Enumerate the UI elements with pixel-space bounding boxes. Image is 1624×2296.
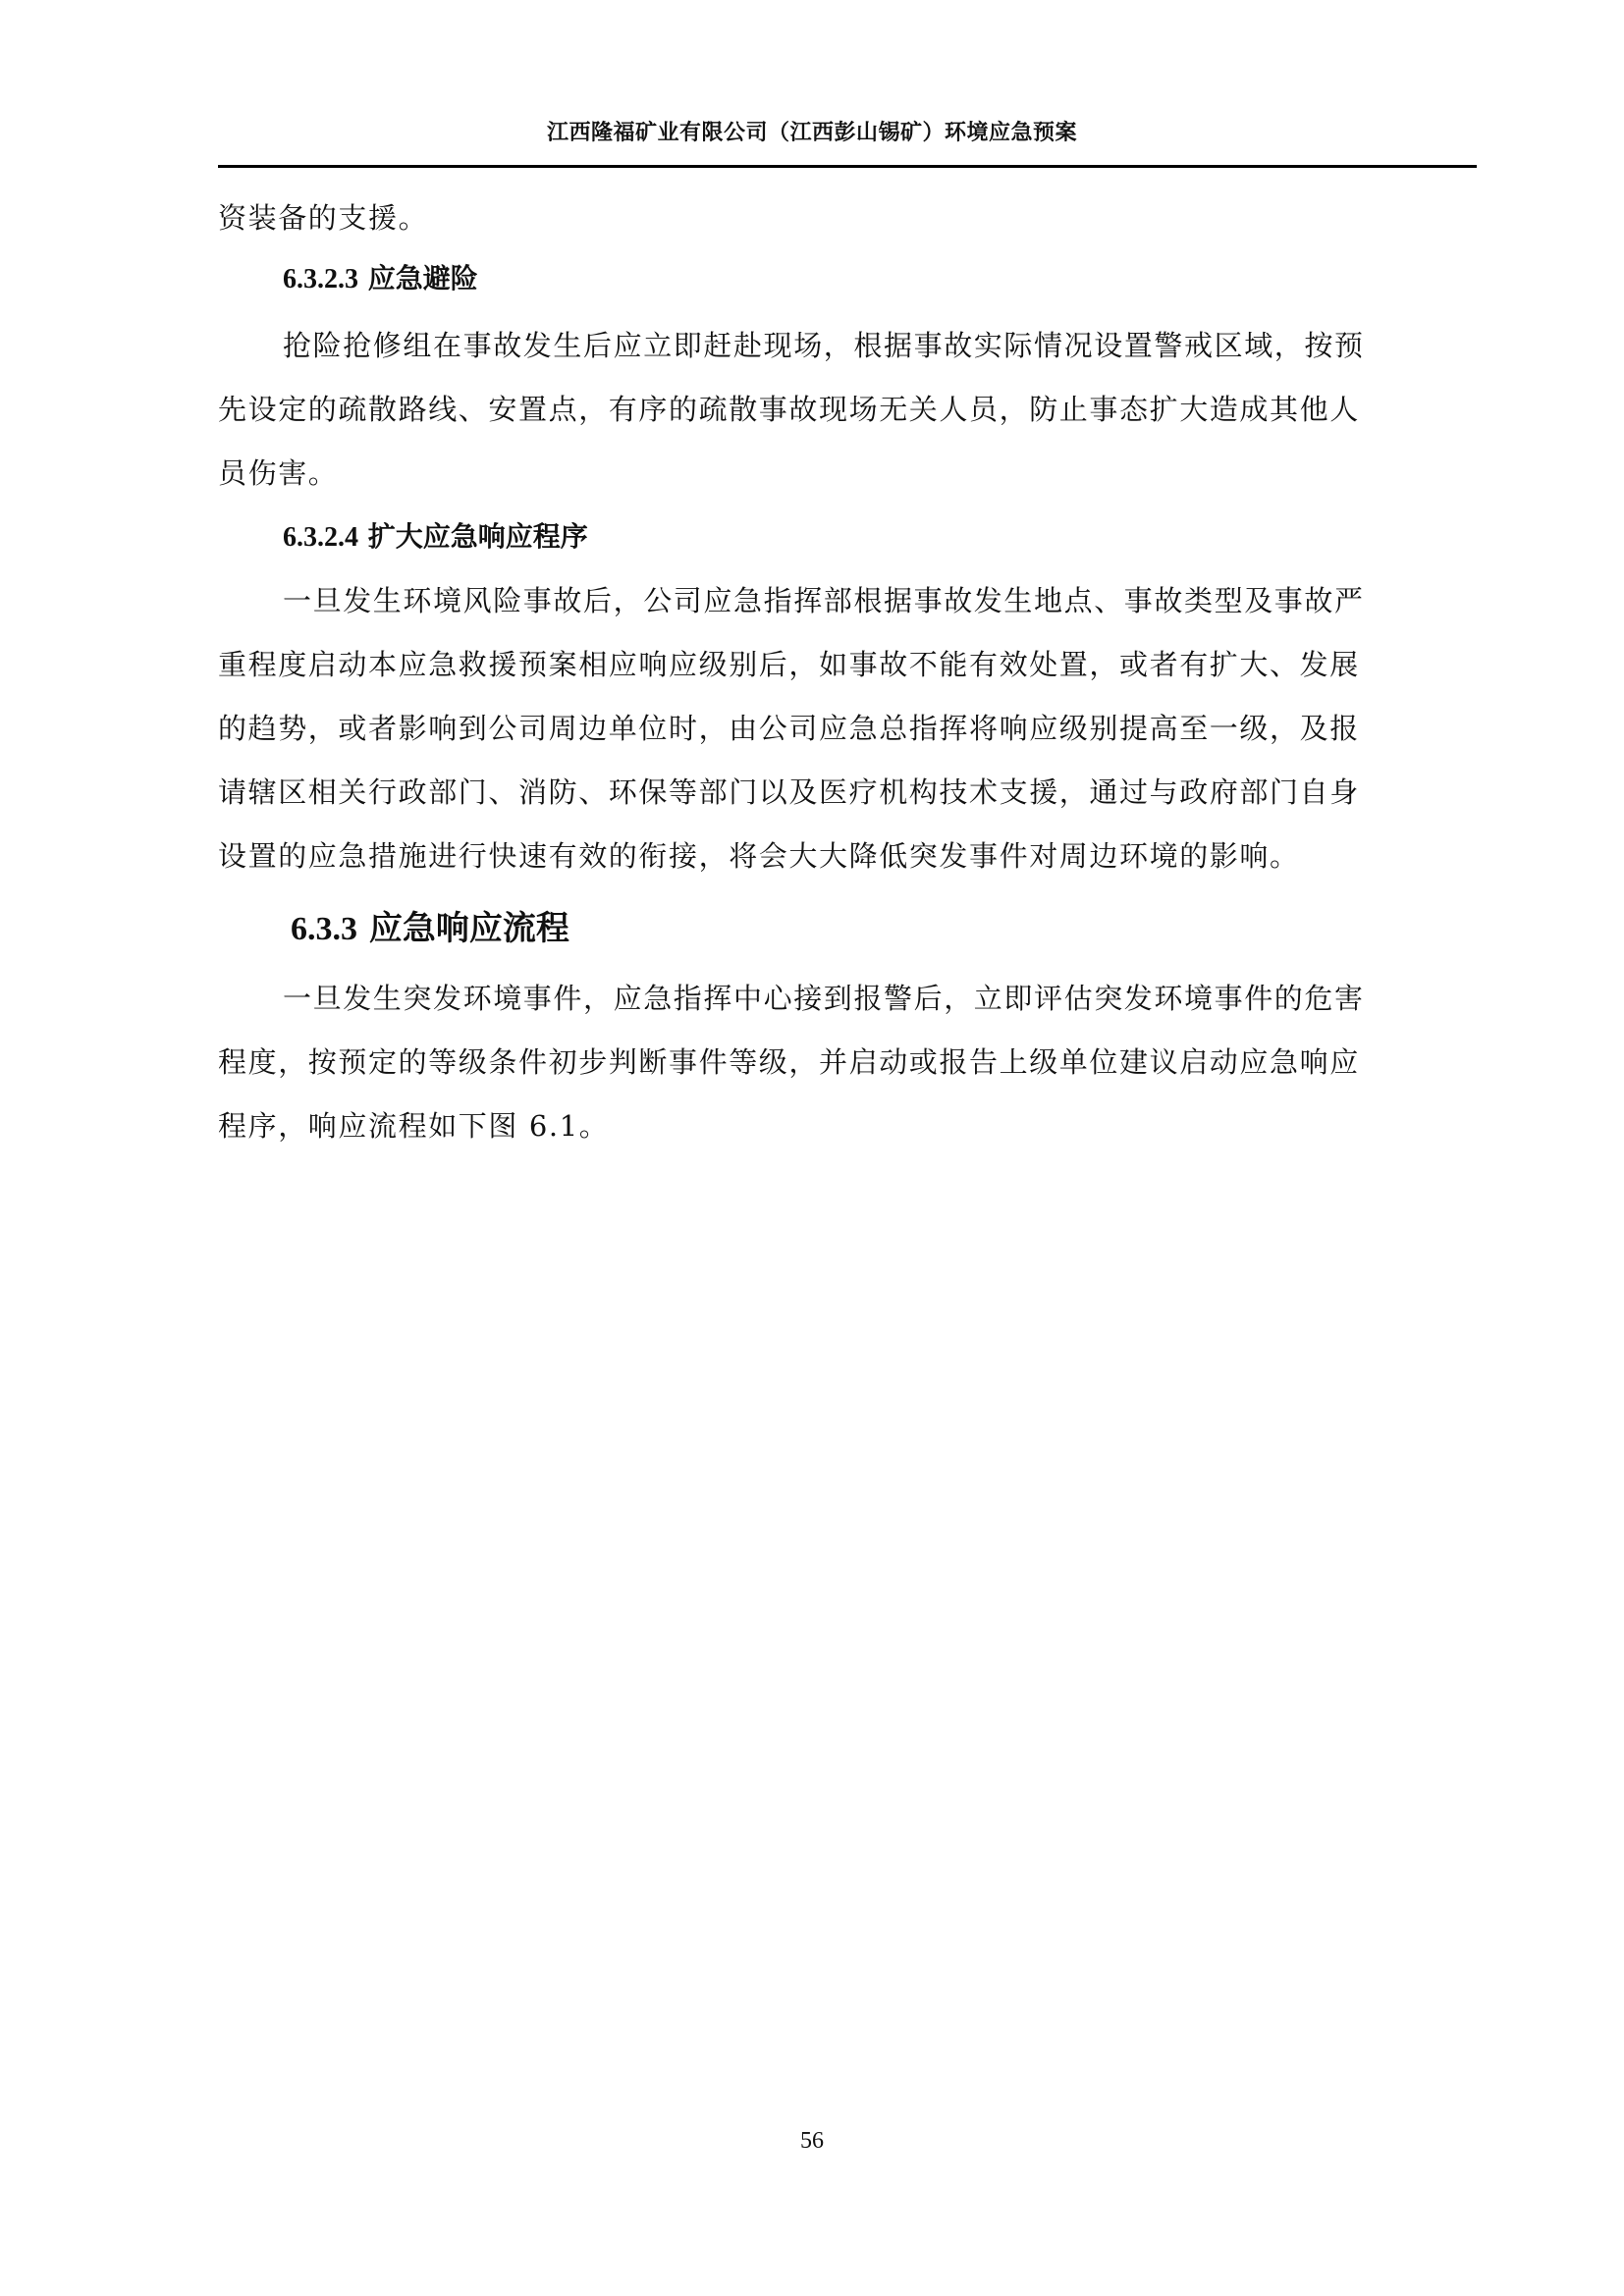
paragraph-line: 一旦发生环境风险事故后，公司应急指挥部根据事故发生地点、事故类型及事故严: [283, 579, 1477, 619]
paragraph-line: 重程度启动本应急救援预案相应响应级别后，如事故不能有效处置，或者有扩大、发展: [218, 643, 1477, 683]
paragraph-line: 请辖区相关行政部门、消防、环保等部门以及医疗机构技术支援，通过与政府部门自身: [218, 771, 1477, 811]
section-heading-6-3-2-3: 6.3.2.3 应急避险: [283, 257, 478, 296]
header-divider: [218, 165, 1477, 168]
section-number: 6.3.2.4: [283, 522, 358, 553]
header-title: 江西隆福矿业有限公司（江西彭山锡矿）环境应急预案: [0, 116, 1624, 146]
paragraph-line: 先设定的疏散路线、安置点，有序的疏散事故现场无关人员，防止事态扩大造成其他人: [218, 388, 1477, 428]
section-title: 扩大应急响应程序: [368, 520, 588, 553]
paragraph-line: 资装备的支援。: [218, 196, 1477, 237]
paragraph-line: 程度，按预定的等级条件初步判断事件等级，并启动或报告上级单位建议启动应急响应: [218, 1041, 1477, 1081]
section-title: 应急避险: [368, 262, 478, 294]
section-heading-6-3-2-4: 6.3.2.4 扩大应急响应程序: [283, 515, 588, 555]
section-number: 6.3.2.3: [283, 264, 358, 294]
page-number: 56: [0, 2128, 1624, 2155]
paragraph-line: 程序，响应流程如下图 6.1。: [218, 1104, 1477, 1145]
section-number: 6.3.3: [291, 911, 357, 947]
paragraph-line: 设置的应急措施进行快速有效的衔接，将会大大降低突发事件对周边环境的影响。: [218, 834, 1477, 875]
paragraph-line: 员伤害。: [218, 452, 1477, 492]
paragraph-line: 一旦发生突发环境事件，应急指挥中心接到报警后，立即评估突发环境事件的危害: [283, 977, 1477, 1017]
paragraph-line: 的趋势，或者影响到公司周边单位时，由公司应急总指挥将响应级别提高至一级，及报: [218, 707, 1477, 747]
section-title: 应急响应流程: [369, 909, 569, 948]
paragraph-line: 抢险抢修组在事故发生后应立即赶赴现场，根据事故实际情况设置警戒区域，按预: [283, 324, 1477, 364]
section-heading-6-3-3: 6.3.3 应急响应流程: [291, 901, 569, 949]
